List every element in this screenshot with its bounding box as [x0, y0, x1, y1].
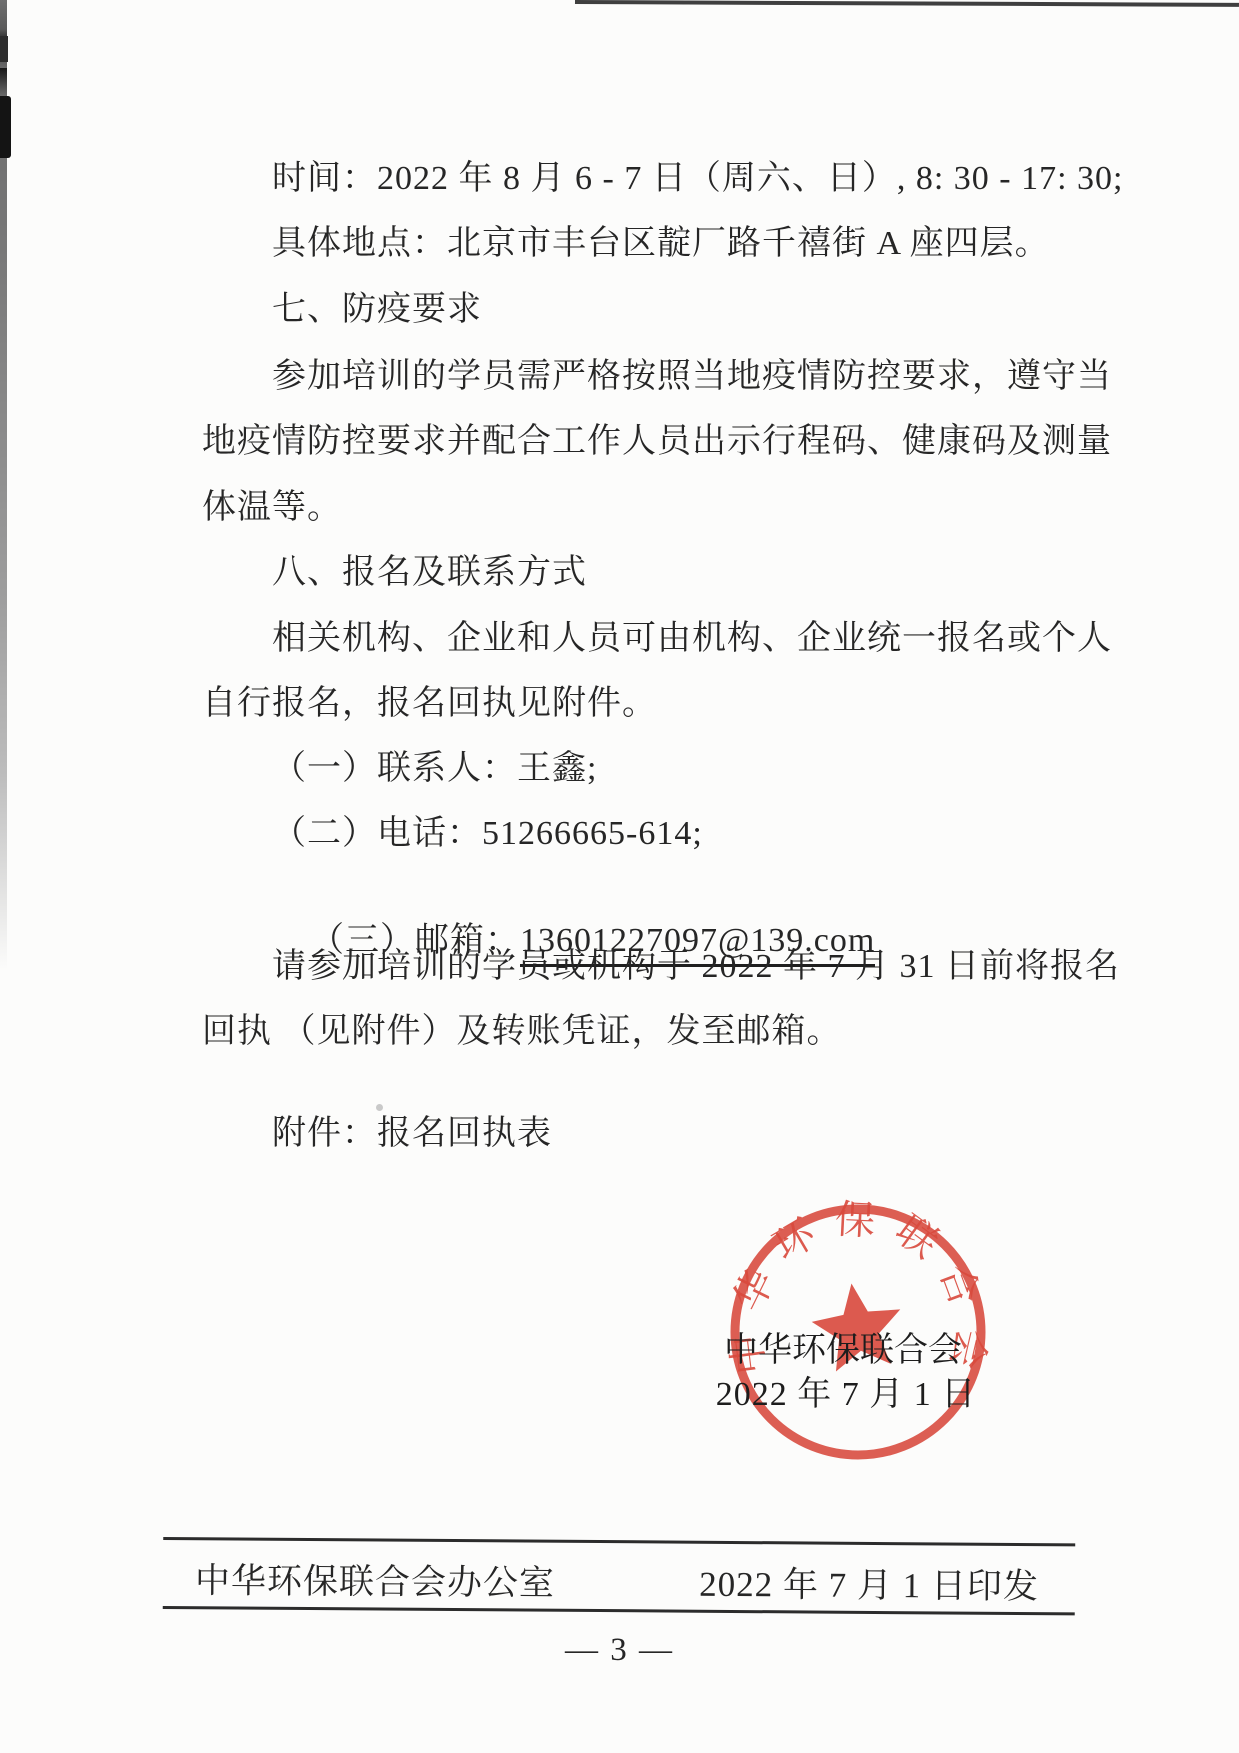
para-epidemic-3: 体温等。 [202, 487, 342, 529]
para-registration-1: 相关机构、企业和人员可由机构、企业统一报名或个人 [272, 618, 1112, 660]
para-epidemic-1: 参加培训的学员需严格按照当地疫情防控要求，遵守当 [272, 356, 1112, 398]
page-number: — 3 — [0, 1632, 1239, 1669]
footer-print-date: 2022 年 7 月 1 日印发 [699, 1557, 1039, 1609]
time-line: 时间：2022 年 8 月 6 - 7 日（周六、日）, 8: 30 - 17:… [272, 158, 1123, 200]
para-epidemic-2: 地疫情防控要求并配合工作人员出示行程码、健康码及测量 [202, 421, 1112, 463]
heading-registration: 八、报名及联系方式 [272, 552, 587, 594]
scan-edge-blob [0, 36, 8, 62]
footer-rule-top [163, 1537, 1075, 1546]
scan-top-line-artifact [575, 0, 1239, 7]
para-registration-2: 自行报名，报名回执见附件。 [202, 683, 657, 725]
scan-edge-blob [0, 96, 11, 158]
phone-line: （二）电话：51266665-614; [272, 813, 703, 855]
footer: 中华环保联合会办公室 2022 年 7 月 1 日印发 [163, 1537, 1075, 1615]
contact-person-line: （一）联系人：王鑫; [272, 748, 597, 790]
deadline-para-2: 回执 （见附件）及转账凭证，发至邮箱。 [202, 1011, 842, 1053]
deadline-para-1: 请参加培训的学员或机构于 2022 年 7 月 31 日前将报名 [272, 946, 1120, 988]
location-line: 具体地点：北京市丰台区靛厂路千禧街 A 座四层。 [272, 223, 1050, 265]
signature-org-name: 中华环保联合会 [673, 1322, 1013, 1371]
attachment-line: 附件：报名回执表 [272, 1113, 552, 1155]
heading-epidemic: 七、防疫要求 [272, 289, 482, 331]
signature-date: 2022 年 7 月 1 日 [676, 1366, 1016, 1415]
footer-office-name: 中华环保联合会办公室 [195, 1553, 555, 1606]
scan-speck [376, 1104, 383, 1111]
scanned-document-page: 时间：2022 年 8 月 6 - 7 日（周六、日）, 8: 30 - 17:… [0, 0, 1239, 1753]
